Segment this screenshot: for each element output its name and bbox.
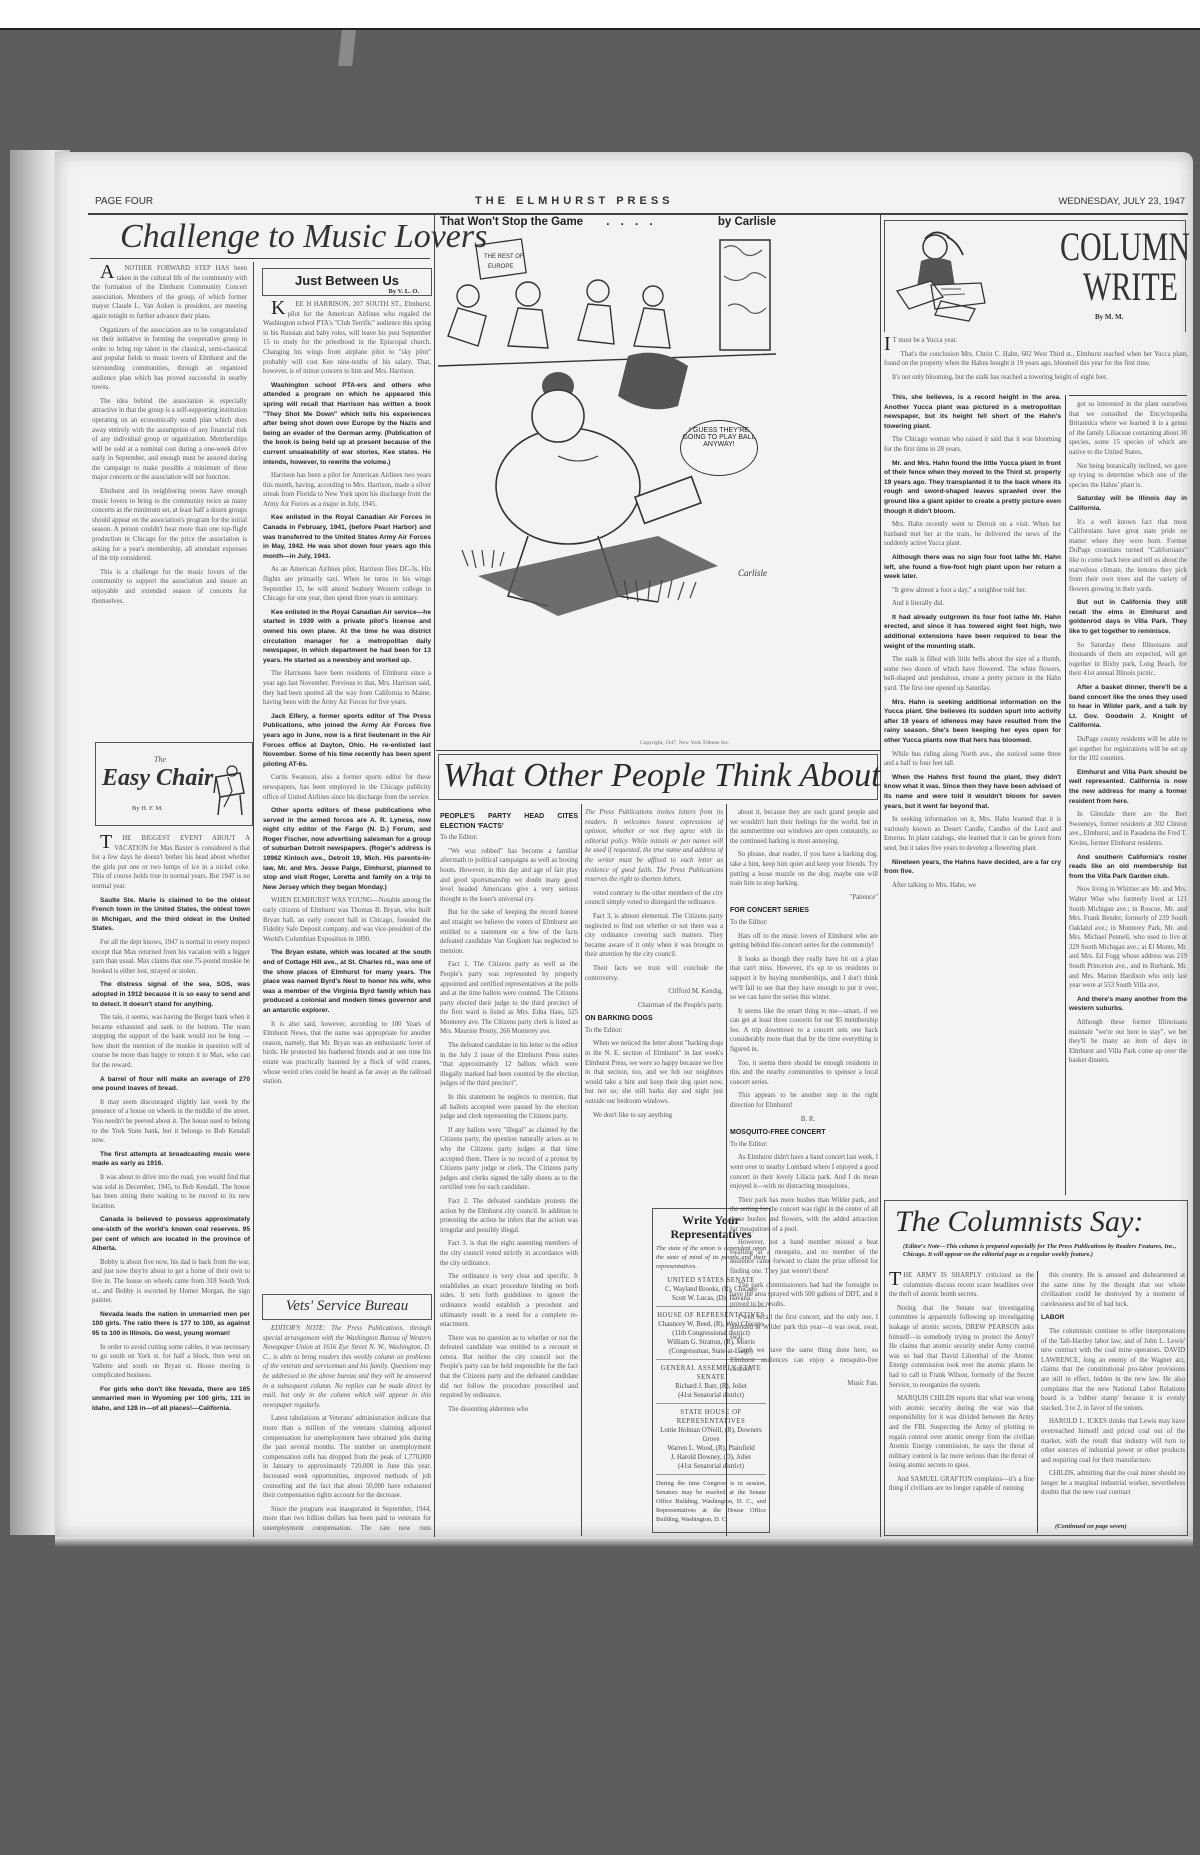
cartoon-copyright: Copyright, 1947, New York Tribune Inc. — [640, 740, 729, 746]
letter-signature: "Patience" — [730, 893, 878, 903]
cw-paragraph: The stalk is filled with little bells ab… — [884, 655, 1061, 693]
speech-text: I GUESS THEY'RE GOING TO PLAY BALL ANYWA… — [682, 427, 755, 448]
cartoon-header: That Won't Stop the Game . . . . by Carl… — [440, 216, 776, 232]
challenge-paragraph: Organizers of the association are to be … — [92, 326, 247, 393]
cw-paragraph: And southern California's roster reads l… — [1069, 853, 1187, 882]
columnists-paragraph: The columnists continue to offer interpr… — [1041, 1327, 1185, 1413]
letter-peoples-party: PEOPLE'S PARTY HEAD CITES ELECTION 'FACT… — [440, 808, 578, 1536]
jbu-paragraph: The Harrisons have been residents of Elm… — [263, 669, 431, 707]
cw-paragraph: So Saturday these Illinoisans and thousa… — [1069, 641, 1187, 679]
cw-paragraph: While bus riding along North ave., she n… — [884, 750, 1061, 769]
letter-paragraph: Fact 3, is almost elemental. The Citizen… — [585, 912, 723, 960]
easy-chair-article: THE BIGGEST EVENT ABOUT A VACATION for M… — [92, 834, 250, 1534]
column-write-lead-paragraph: That's the conclusion Mrs. Christ C. Hah… — [884, 350, 1188, 369]
cw-paragraph: This, she believes, is a record height i… — [884, 393, 1061, 431]
jbu-paragraph: Harrison has been a pilot for American A… — [263, 471, 431, 509]
cartoon-dots: . . . . — [606, 216, 656, 228]
letter-paragraph: The ordinance is very clear and specific… — [440, 1272, 578, 1330]
columnists-paragraph: MARQUIS CHILDS reports that what was wro… — [889, 1394, 1034, 1471]
letter-paragraph: Hats off to the music lovers of Elmhurst… — [730, 932, 878, 951]
letter-paragraph: It looks as though they really have hit … — [730, 955, 878, 1003]
jbu-paragraph: Other sports editors of these publicatio… — [263, 806, 431, 892]
letter-paragraph: It seems like the smart thing to me—smar… — [730, 1007, 878, 1055]
just-between-us-header-box: Just Between Us By V. L. O. — [262, 268, 432, 296]
columnists-editor-note: (Editor's Note—This column is prepared e… — [903, 1243, 1183, 1260]
column-write-header-box: COLUMN WRITE By M. M. — [884, 220, 1186, 332]
cw-paragraph: DuPage county residents will be able to … — [1069, 735, 1187, 764]
just-between-us-title: Just Between Us — [263, 273, 431, 288]
letter-title: PEOPLE'S PARTY HEAD CITES ELECTION 'FACT… — [440, 812, 578, 831]
letter-signature: Music Fan. — [730, 1379, 878, 1389]
easy-chair-paragraph: It may seem discouraged slightly last we… — [92, 1098, 250, 1146]
easy-chair-fact: Nevada leads the nation in unmarried men… — [92, 1310, 250, 1339]
cw-paragraph: Elmhurst and Villa Park should be well r… — [1069, 768, 1187, 806]
letter-signature-title: Chairman of the People's party. — [585, 1001, 723, 1011]
letter-paragraph: Their facts we trust will conclude the c… — [585, 964, 723, 983]
cw-paragraph: Saturday will be Illinois day in Califor… — [1069, 494, 1187, 513]
letter-paragraph: The dissenting aldermen who — [440, 1405, 578, 1415]
cw-paragraph: The Chicago woman who raised it said tha… — [884, 435, 1061, 454]
columnists-paragraph: Noting that the Senate war investigating… — [889, 1304, 1034, 1390]
jbu-paragraph: The Bryan estate, which was located at t… — [263, 948, 431, 1015]
jbu-paragraph: Kee enlisted in the Royal Canadian Air F… — [263, 513, 431, 561]
cw-paragraph: And it literally did. — [884, 599, 1061, 609]
columnists-say-headline: The Columnists Say: — [895, 1205, 1143, 1239]
letter-paragraph: Fact 3. is that the eight assenting memb… — [440, 1239, 578, 1268]
easy-chair-paragraph: Bobby is about five now, his dad is back… — [92, 1258, 250, 1306]
column-write-title-line1: COLUMN — [1060, 225, 1190, 271]
letter-paragraph: The defeated candidate in his letter to … — [440, 1041, 578, 1089]
letter-salutation: To the Editor: — [730, 1140, 878, 1150]
column-divider — [726, 804, 727, 1536]
letter-paragraph: voted contrary to the other members of t… — [585, 889, 723, 908]
columnists-paragraph: HAROLD L. ICKES thinks that Lewis may ha… — [1041, 1417, 1185, 1465]
column-write-byline: By M. M. — [1095, 313, 1123, 321]
challenge-headline: Challenge to Music Lovers — [120, 218, 487, 256]
cw-paragraph: In seeking information on it, Mrs. Hahn … — [884, 815, 1061, 853]
letters-header-box: What Other People Think About — [438, 754, 878, 800]
page-bottom-edge — [55, 1537, 1193, 1547]
masthead: PAGE FOUR THE ELMHURST PRESS WEDNESDAY, … — [85, 196, 1185, 214]
cw-paragraph: Nineteen years, the Hahns have decided, … — [884, 858, 1061, 877]
cw-paragraph: In Glendale there are the Bert Sweeneys,… — [1069, 810, 1187, 848]
letter-paragraph: Fact 1. The Citizens party as well as th… — [440, 960, 578, 1037]
challenge-article: ANOTHER FORWARD STEP HAS been taken in t… — [92, 264, 247, 642]
letters-editorial-note: The Press Publications invites letters f… — [585, 808, 723, 885]
cw-paragraph: Mr. and Mrs. Hahn found the little Yucca… — [884, 459, 1061, 517]
column-write-title-line2: WRITE — [1083, 265, 1178, 311]
cartoon-speech-bubble: I GUESS THEY'RE GOING TO PLAY BALL ANYWA… — [680, 420, 758, 476]
easy-chair-fact: Canada is believed to possess approximat… — [92, 1215, 250, 1253]
jbu-paragraph: Jack Elfery, a former sports editor of T… — [263, 712, 431, 770]
jbu-paragraph: WHEN ELMHURST WAS YOUNG—Notable among th… — [263, 896, 431, 944]
jbu-paragraph: Curtis Swanson, also a former sports edi… — [263, 773, 431, 802]
cw-paragraph: Although these former Illinoisans mainta… — [1069, 1018, 1187, 1066]
column-divider — [581, 804, 582, 1536]
letter-title: ON BARKING DOGS — [585, 1014, 723, 1024]
column-write-lead-paragraph: It's not only blooming, but the stalk ha… — [884, 373, 1188, 383]
cartoon-artist: by Carlisle — [718, 216, 776, 228]
cw-paragraph: It had already outgrown its four foot la… — [884, 613, 1061, 651]
challenge-paragraph: ANOTHER FORWARD STEP HAS been taken in t… — [92, 264, 247, 322]
cartoon-bottom-rule — [436, 750, 880, 751]
column-divider — [434, 215, 435, 1537]
letter-paragraph: "We wuz robbed" has become a familiar af… — [440, 847, 578, 905]
cw-paragraph: Now living in Whittier are Mr. and Mrs. … — [1069, 885, 1187, 991]
letter-signature: B. R. — [730, 1115, 878, 1125]
cw-paragraph: It's a well known fact that most Califor… — [1069, 518, 1187, 595]
easy-chair-fact: A barrel of flour will make an average o… — [92, 1075, 250, 1094]
letter-paragraph: But for the sake of keeping the record h… — [440, 908, 578, 956]
vets-bureau-header-box: Vets' Service Bureau — [262, 1294, 432, 1320]
columnists-paragraph: And SAMUEL GRAFTON complains—it's a fine… — [889, 1475, 1034, 1494]
letter-paragraph: We don't like to say anything — [585, 1111, 723, 1121]
easy-chair-paragraph: The tale, it seems, was having the Berge… — [92, 1013, 250, 1071]
easy-chair-fact: The distress signal of the sea, SOS, was… — [92, 980, 250, 1009]
letter-salutation: To the Editor: — [585, 1026, 723, 1036]
cw-paragraph: got so interested in the plant ourselves… — [1069, 400, 1187, 458]
jbu-paragraph: Kee enlisted in the Royal Canadian Air s… — [263, 608, 431, 666]
letter-paragraph: However, not a band member missed a beat… — [730, 1238, 878, 1276]
letter-paragraph: Their park has more bushes than Wilder p… — [730, 1196, 878, 1234]
columnists-col-b: this country. He is amused and dishearte… — [1041, 1271, 1185, 1521]
cw-paragraph: "It grew almost a foot a day," a neighbo… — [884, 586, 1061, 596]
easy-chair-fact: Saulte Ste. Marie is claimed to be the o… — [92, 896, 250, 934]
letter-paragraph: Can't we have the same thing done here, … — [730, 1346, 878, 1375]
column-write-col-a: This, she believes, is a record height i… — [884, 393, 1061, 1193]
letter-paragraph: As Elmhurst didn't have a band concert l… — [730, 1153, 878, 1191]
columnists-say-box: The Columnists Say: (Editor's Note—This … — [884, 1200, 1188, 1536]
column-write-lead-paragraph: IT must be a Yucca year. — [884, 336, 1188, 346]
easy-chair-paragraph: In order to avoid cutting some cables, i… — [92, 1343, 250, 1381]
challenge-paragraph: Elmhurst and its neighboring towns have … — [92, 487, 247, 564]
easy-chair-paragraph: It was about to drive into the road, you… — [92, 1173, 250, 1211]
column-write-col-b-rule — [1069, 395, 1187, 396]
challenge-paragraph: The idea behind the association is espec… — [92, 397, 247, 483]
column-divider — [880, 215, 881, 1537]
columnists-subhead: LABOR — [1041, 1313, 1185, 1323]
column-write-lead: IT must be a Yucca year. That's the conc… — [884, 336, 1188, 388]
letters-headline: What Other People Think About — [443, 757, 881, 795]
letter-salutation: To the Editor: — [730, 918, 878, 928]
letter-paragraph: In this statement he neglects to mention… — [440, 1093, 578, 1122]
vets-bureau-note: EDITOR'S NOTE: The Press Publications, t… — [263, 1324, 431, 1410]
just-between-us-byline: By V. L. O. — [389, 288, 419, 295]
cw-paragraph: And there's many another from the wester… — [1069, 995, 1187, 1014]
easy-chair-fact: The first attempts at broadcasting music… — [92, 1150, 250, 1169]
page-label: PAGE FOUR — [95, 196, 153, 207]
cw-paragraph: Mrs. Hahn recently went to Detroit on a … — [884, 520, 1061, 549]
letter-paragraph: about it, because they are such grand pe… — [730, 808, 878, 846]
masthead-rule — [88, 213, 1188, 215]
column-divider — [1037, 1271, 1038, 1533]
cw-paragraph: After a basket dinner, there'll be a ban… — [1069, 683, 1187, 731]
paper-name: THE ELMHURST PRESS — [475, 195, 674, 207]
svg-text:THE REST OF: THE REST OF — [484, 254, 524, 260]
just-between-us-article: KEE H HARRISON, 207 SOUTH ST., Elmhurst,… — [263, 300, 431, 1300]
chair-illustration-icon — [210, 763, 250, 821]
letter-salutation: To the Editor: — [440, 833, 578, 843]
cartoon-title: That Won't Stop the Game — [440, 216, 583, 228]
columnists-paragraph: CHILDS, admitting that the coal miner sh… — [1041, 1469, 1185, 1498]
challenge-paragraph: This is a challenge for the music lovers… — [92, 568, 247, 606]
letter-title: FOR CONCERT SERIES — [730, 906, 878, 916]
cw-paragraph: Not being botanically inclined, we gave … — [1069, 462, 1187, 491]
easy-chair-title: Easy Chair — [102, 765, 213, 792]
easy-chair-paragraph: THE BIGGEST EVENT ABOUT A VACATION for M… — [92, 834, 250, 892]
vets-bureau-paragraph: Latest tabulations at Veterans' administ… — [263, 1414, 431, 1500]
cw-paragraph: Although there was no sign four foot lat… — [884, 553, 1061, 582]
vets-bureau-paragraph: Since the program was inaugurated in Sep… — [263, 1505, 431, 1534]
column-write-col-b: got so interested in the plant ourselves… — [1069, 400, 1187, 1195]
cw-paragraph: When the Hahns first found the plant, th… — [884, 773, 1061, 811]
cw-paragraph: After talking to Mrs. Hahn, we — [884, 881, 1061, 891]
letters-column-2: The Press Publications invites letters f… — [585, 808, 723, 1180]
columnists-paragraph: THE ARMY IS SHARPLY criticized as the co… — [889, 1271, 1034, 1300]
letter-paragraph: When we noticed the letter about "barkin… — [585, 1039, 723, 1106]
svg-text:Carlisle: Carlisle — [738, 568, 767, 578]
headline-rule — [90, 258, 430, 259]
column-divider — [253, 262, 254, 1537]
letter-paragraph: The park commissioners had had the fores… — [730, 1281, 878, 1310]
letter-paragraph: Too, it seems there should be enough res… — [730, 1059, 878, 1088]
woman-at-desk-illustration-icon — [891, 225, 991, 325]
letter-paragraph: There was no question as to whether or n… — [440, 1334, 578, 1401]
cw-paragraph: Mrs. Hahn is seeking additional informat… — [884, 698, 1061, 746]
easy-chair-fact: For girls who don't like Nevada, there a… — [92, 1385, 250, 1414]
easy-chair-pre-title: The — [154, 755, 166, 764]
continued-on-page-link[interactable]: (Continued on page seven) — [1055, 1523, 1127, 1530]
column-divider — [1065, 395, 1066, 1195]
letter-title: MOSQUITO-FREE CONCERT — [730, 1128, 878, 1138]
jbu-paragraph: As an American Airlines pilot, Harrison … — [263, 565, 431, 603]
letter-paragraph: This appears to be another step in the r… — [730, 1091, 878, 1110]
easy-chair-byline: By H. F. M. — [132, 805, 163, 812]
letter-paragraph: Fact 2. The defeated candidate protests … — [440, 1197, 578, 1235]
vets-bureau-title: Vets' Service Bureau — [263, 1298, 431, 1315]
jbu-paragraph: KEE H HARRISON, 207 SOUTH ST., Elmhurst,… — [263, 300, 431, 377]
letter-paragraph: I well recall the first concert, and the… — [730, 1313, 878, 1342]
easy-chair-box: The Easy Chair By H. F. M. — [95, 742, 253, 826]
easy-chair-paragraph: For all the dept knows, 1947 is normal i… — [92, 938, 250, 976]
jbu-paragraph: It is also said, however, according to 1… — [263, 1020, 431, 1087]
letters-column-3: about it, because they are such grand pe… — [730, 808, 878, 1536]
letter-paragraph: If any ballots were "illegal" as claimed… — [440, 1126, 578, 1193]
letter-signature: Clifford M. Kendig, — [585, 987, 723, 997]
letter-paragraph: So please, dear reader, if you have a ba… — [730, 850, 878, 888]
cw-paragraph: But out in California they still recall … — [1069, 598, 1187, 636]
jbu-paragraph: Washington school PTA-ers and others who… — [263, 381, 431, 467]
svg-text:EUROPE: EUROPE — [488, 264, 513, 270]
vets-bureau-article: EDITOR'S NOTE: The Press Publications, t… — [263, 1324, 431, 1534]
columnists-paragraph: this country. He is amused and dishearte… — [1041, 1271, 1185, 1309]
columnists-col-a: THE ARMY IS SHARPLY criticized as the co… — [889, 1271, 1034, 1533]
issue-date: WEDNESDAY, JULY 23, 1947 — [1058, 196, 1185, 207]
